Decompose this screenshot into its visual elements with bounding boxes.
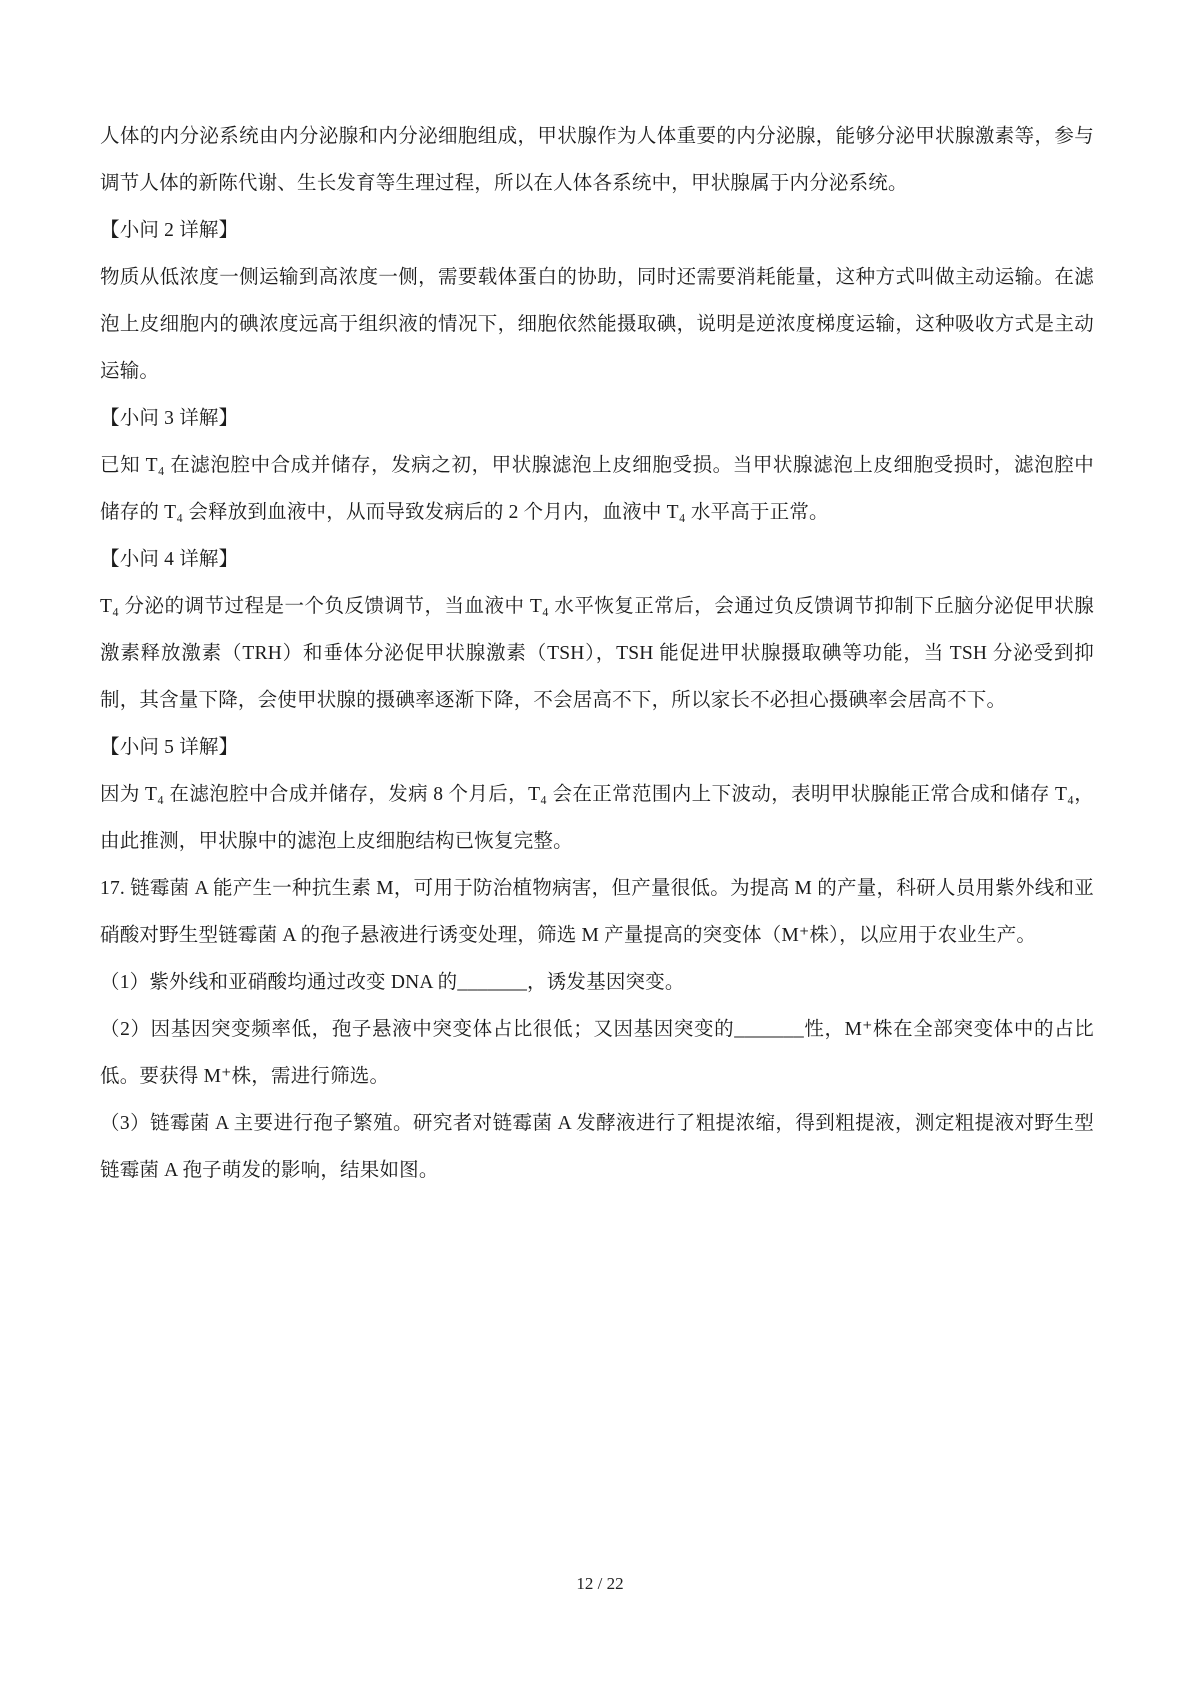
question-17-part3: （3）链霉菌 A 主要进行孢子繁殖。研究者对链霉菌 A 发酵液进行了粗提浓缩，得…: [100, 1100, 1094, 1194]
subq4-answer-paragraph: T₄ 分泌的调节过程是一个负反馈调节，当血液中 T₄ 水平恢复正常后，会通过负反…: [100, 583, 1094, 724]
subq5-answer-paragraph: 因为 T₄ 在滤泡腔中合成并储存，发病 8 个月后，T₄ 会在正常范围内上下波动…: [100, 771, 1094, 865]
subq3-answer-paragraph: 已知 T₄ 在滤泡腔中合成并储存，发病之初，甲状腺滤泡上皮细胞受损。当甲状腺滤泡…: [100, 442, 1094, 536]
document-content: 人体的内分泌系统由内分泌腺和内分泌细胞组成，甲状腺作为人体重要的内分泌腺，能够分…: [100, 113, 1094, 1194]
subq3-heading: 【小问 3 详解】: [100, 395, 1094, 442]
subq5-heading: 【小问 5 详解】: [100, 724, 1094, 771]
subq2-heading: 【小问 2 详解】: [100, 207, 1094, 254]
document-page: 人体的内分泌系统由内分泌腺和内分泌细胞组成，甲状腺作为人体重要的内分泌腺，能够分…: [0, 0, 1200, 1697]
subq4-heading: 【小问 4 详解】: [100, 536, 1094, 583]
subq1-answer-paragraph: 人体的内分泌系统由内分泌腺和内分泌细胞组成，甲状腺作为人体重要的内分泌腺，能够分…: [100, 113, 1094, 207]
question-17-part2: （2）因基因突变频率低，孢子悬液中突变体占比很低；又因基因突变的_______性…: [100, 1006, 1094, 1100]
subq2-answer-paragraph: 物质从低浓度一侧运输到高浓度一侧，需要载体蛋白的协助，同时还需要消耗能量，这种方…: [100, 254, 1094, 395]
question-17-stem: 17. 链霉菌 A 能产生一种抗生素 M，可用于防治植物病害，但产量很低。为提高…: [100, 865, 1094, 959]
question-17-part1: （1）紫外线和亚硝酸均通过改变 DNA 的_______，诱发基因突变。: [100, 959, 1094, 1006]
page-number: 12 / 22: [0, 1572, 1200, 1596]
